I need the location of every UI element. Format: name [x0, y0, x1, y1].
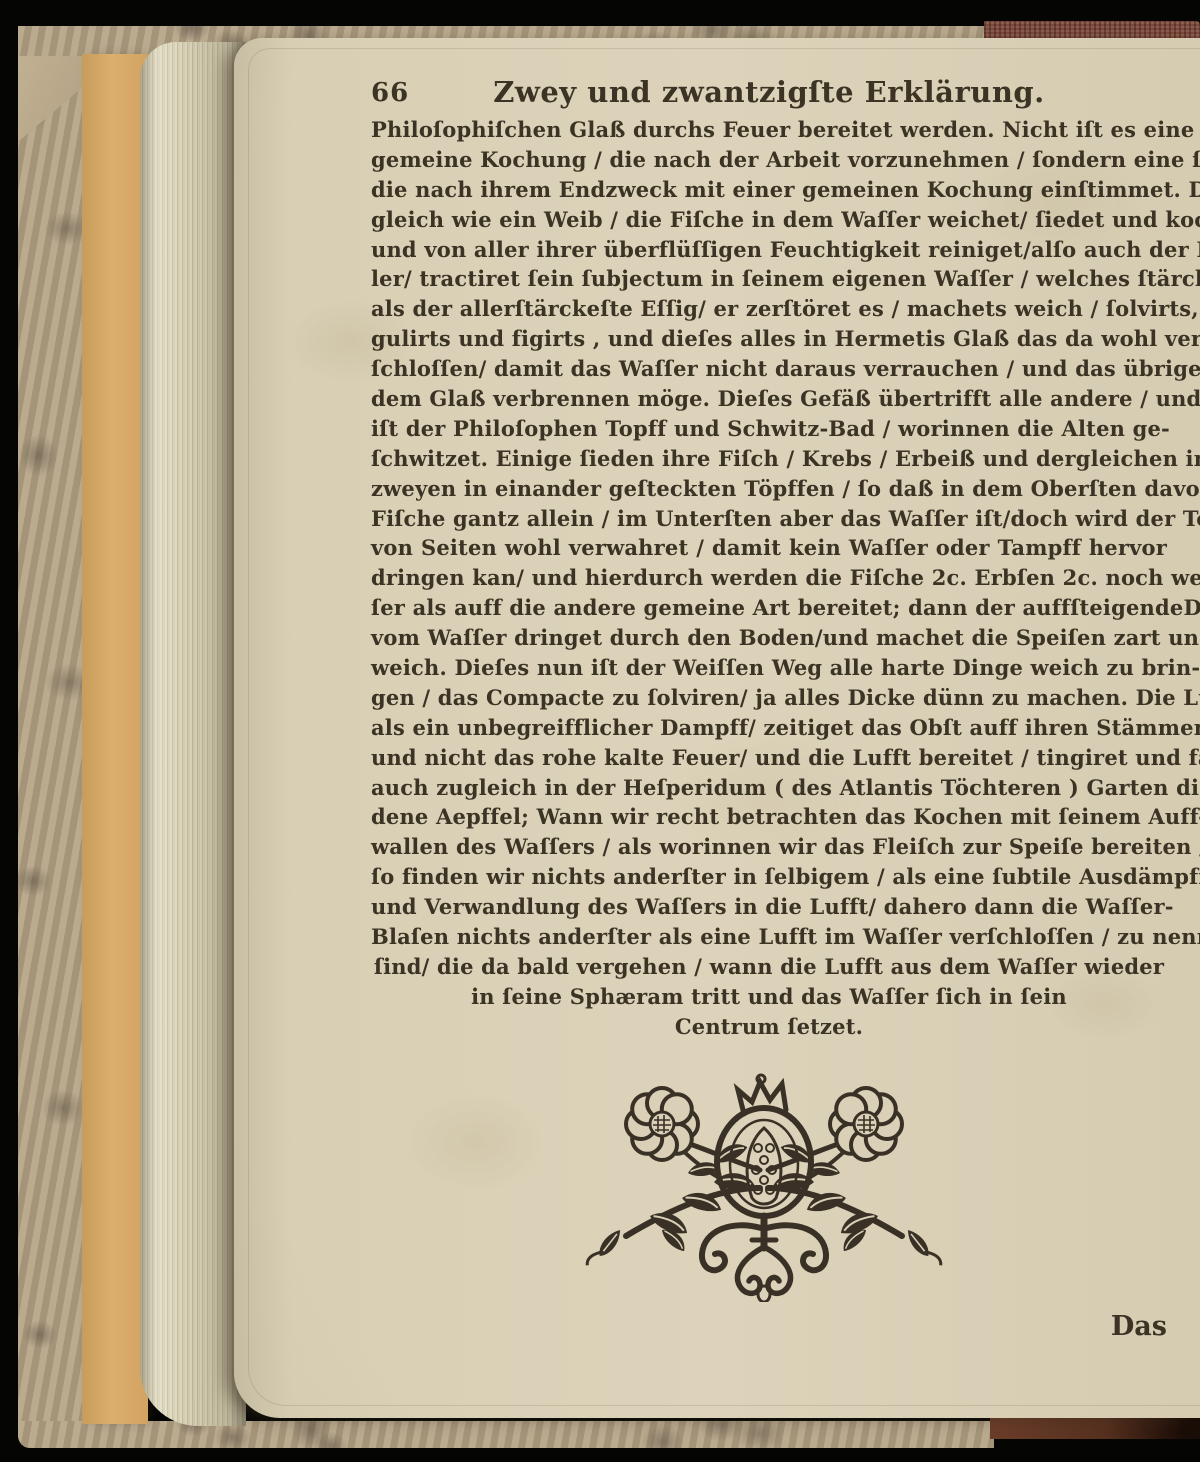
- text-line: wallen des Waſſers / als worinnen wir da…: [371, 832, 1167, 862]
- tailpiece-ornament: [564, 1070, 964, 1302]
- text-line: dringen kan/ und hierdurch werden die Fi…: [371, 563, 1167, 593]
- body-text: Philoſophiſchen Glaß durchs Feuer bereit…: [371, 115, 1167, 1042]
- text-line: zweyen in einander geſteckten Töpffen / …: [371, 474, 1167, 504]
- text-line: ſchwitzet. Einige ſieden ihre Fiſch / Kr…: [371, 444, 1167, 474]
- text-line: gen / das Compacte zu ſolviren/ ja alles…: [371, 683, 1167, 713]
- cover-bottom-edge: [18, 1421, 994, 1448]
- text-line: und von aller ihrer überflüſſigen Feucht…: [371, 235, 1167, 265]
- running-header: Zwey und zwantzigſte Erklärung.: [371, 75, 1167, 109]
- text-line: gulirts und figirts , und dieſes alles i…: [371, 324, 1167, 354]
- catchword: Das: [371, 1311, 1167, 1342]
- text-line: ſchloſſen/ damit das Waſſer nicht daraus…: [371, 354, 1167, 384]
- text-line: als ein unbegreifflicher Dampff/ zeitige…: [371, 713, 1167, 743]
- text-line: die nach ihrem Endzweck mit einer gemein…: [371, 175, 1167, 205]
- text-line: Fiſche gantz allein / im Unterſten aber …: [371, 504, 1167, 534]
- endpaper-strip: [82, 54, 148, 1424]
- text-line: als der allerſtärckeſte Eſſig/ er zerſtö…: [371, 294, 1167, 324]
- text-line: vom Waſſer dringet durch den Boden/und m…: [371, 623, 1167, 653]
- text-line: ſer als auff die andere gemeine Art bere…: [371, 593, 1167, 623]
- text-line: Blaſen nichts anderſter als eine Lufft i…: [371, 922, 1167, 952]
- text-line: und Verwandlung des Waſſers in die Lufft…: [371, 892, 1167, 922]
- text-line: ſo finden wir nichts anderſter in ſelbig…: [371, 862, 1167, 892]
- text-line: Philoſophiſchen Glaß durchs Feuer bereit…: [371, 115, 1167, 145]
- text-line: dene Aepffel; Wann wir recht betrachten …: [371, 802, 1167, 832]
- text-line: gemeine Kochung / die nach der Arbeit vo…: [371, 145, 1167, 175]
- text-line: Centrum ſetzet.: [371, 1012, 1167, 1042]
- text-line: von Seiten wohl verwahret / damit kein W…: [371, 533, 1167, 563]
- text-line: dem Glaß verbrennen möge. Dieſes Gefäß ü…: [371, 384, 1167, 414]
- text-line: in ſeine Sphæram tritt und das Waſſer ſi…: [371, 982, 1167, 1012]
- page-number: 66: [371, 78, 409, 108]
- book-page: 66 Zwey und zwantzigſte Erklärung. Philo…: [234, 38, 1200, 1418]
- page-header: 66 Zwey und zwantzigſte Erklärung.: [371, 75, 1167, 109]
- text-line: gleich wie ein Weib / die Fiſche in dem …: [371, 205, 1167, 235]
- book-cover-spine-edge: [18, 30, 86, 1448]
- text-line: ler/ tractiret ſein ſubjectum in ſeinem …: [371, 264, 1167, 294]
- text-line: iſt der Philoſophen Topff und Schwitz-Ba…: [371, 414, 1167, 444]
- text-line: weich. Dieſes nun iſt der Weiſſen Weg al…: [371, 653, 1167, 683]
- text-line: auch zugleich in der Heſperidum ( des At…: [371, 773, 1167, 803]
- page-edge-stack: [140, 42, 246, 1426]
- text-line: und nicht das rohe kalte Feuer/ und die …: [371, 743, 1167, 773]
- text-line: ſind/ die da bald vergehen / wann die Lu…: [371, 952, 1167, 982]
